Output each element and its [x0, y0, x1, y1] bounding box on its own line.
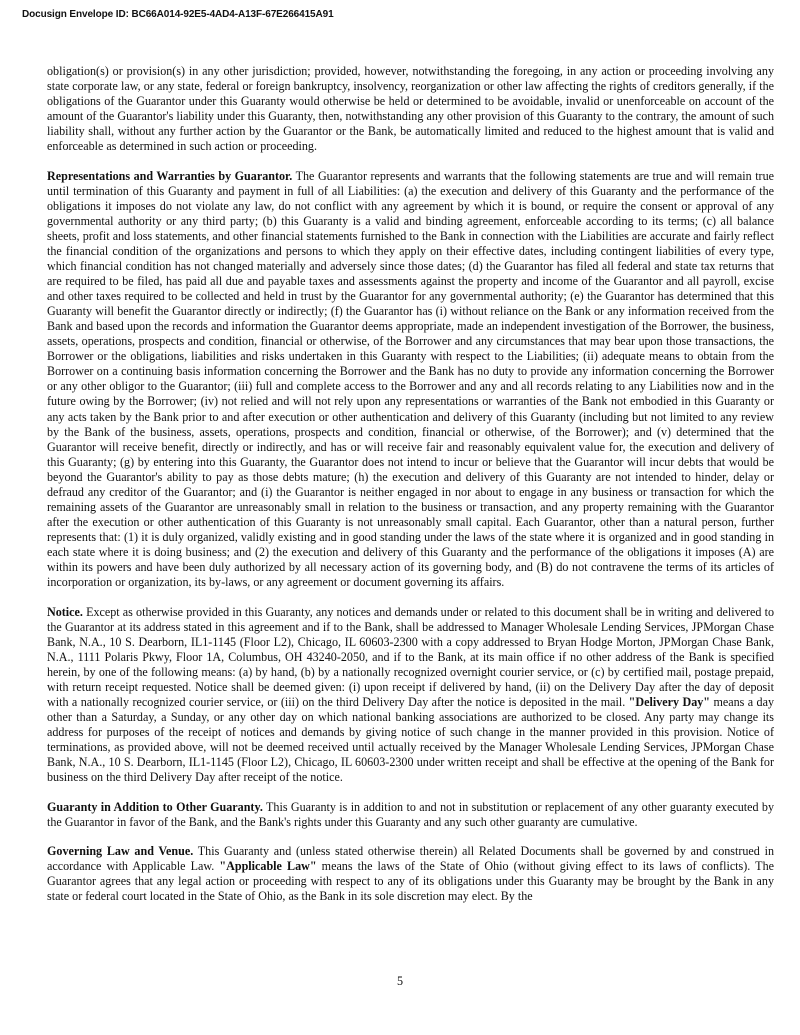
defined-term-delivery-day: "Delivery Day" [629, 695, 710, 709]
defined-term-applicable-law: "Applicable Law" [219, 859, 316, 873]
paragraph-notice: Notice. Except as otherwise provided in … [47, 605, 774, 786]
paragraph-text: obligation(s) or provision(s) in any oth… [47, 64, 774, 153]
paragraph-guaranty-in-addition: Guaranty in Addition to Other Guaranty. … [47, 800, 774, 830]
section-heading-representations: Representations and Warranties by Guaran… [47, 169, 292, 183]
paragraph-text: The Guarantor represents and warrants th… [47, 169, 774, 589]
page-number: 5 [0, 974, 800, 989]
section-heading-guaranty-in-addition: Guaranty in Addition to Other Guaranty. [47, 800, 263, 814]
docusign-envelope-id: Docusign Envelope ID: BC66A014-92E5-4AD4… [22, 9, 334, 20]
paragraph-governing-law: Governing Law and Venue. This Guaranty a… [47, 844, 774, 904]
paragraph-limitation-continued: obligation(s) or provision(s) in any oth… [47, 64, 774, 154]
paragraph-text: Except as otherwise provided in this Gua… [47, 605, 774, 709]
section-heading-notice: Notice. [47, 605, 83, 619]
paragraph-representations-warranties: Representations and Warranties by Guaran… [47, 169, 774, 590]
section-heading-governing-law: Governing Law and Venue. [47, 844, 193, 858]
document-page-body: obligation(s) or provision(s) in any oth… [47, 64, 774, 919]
